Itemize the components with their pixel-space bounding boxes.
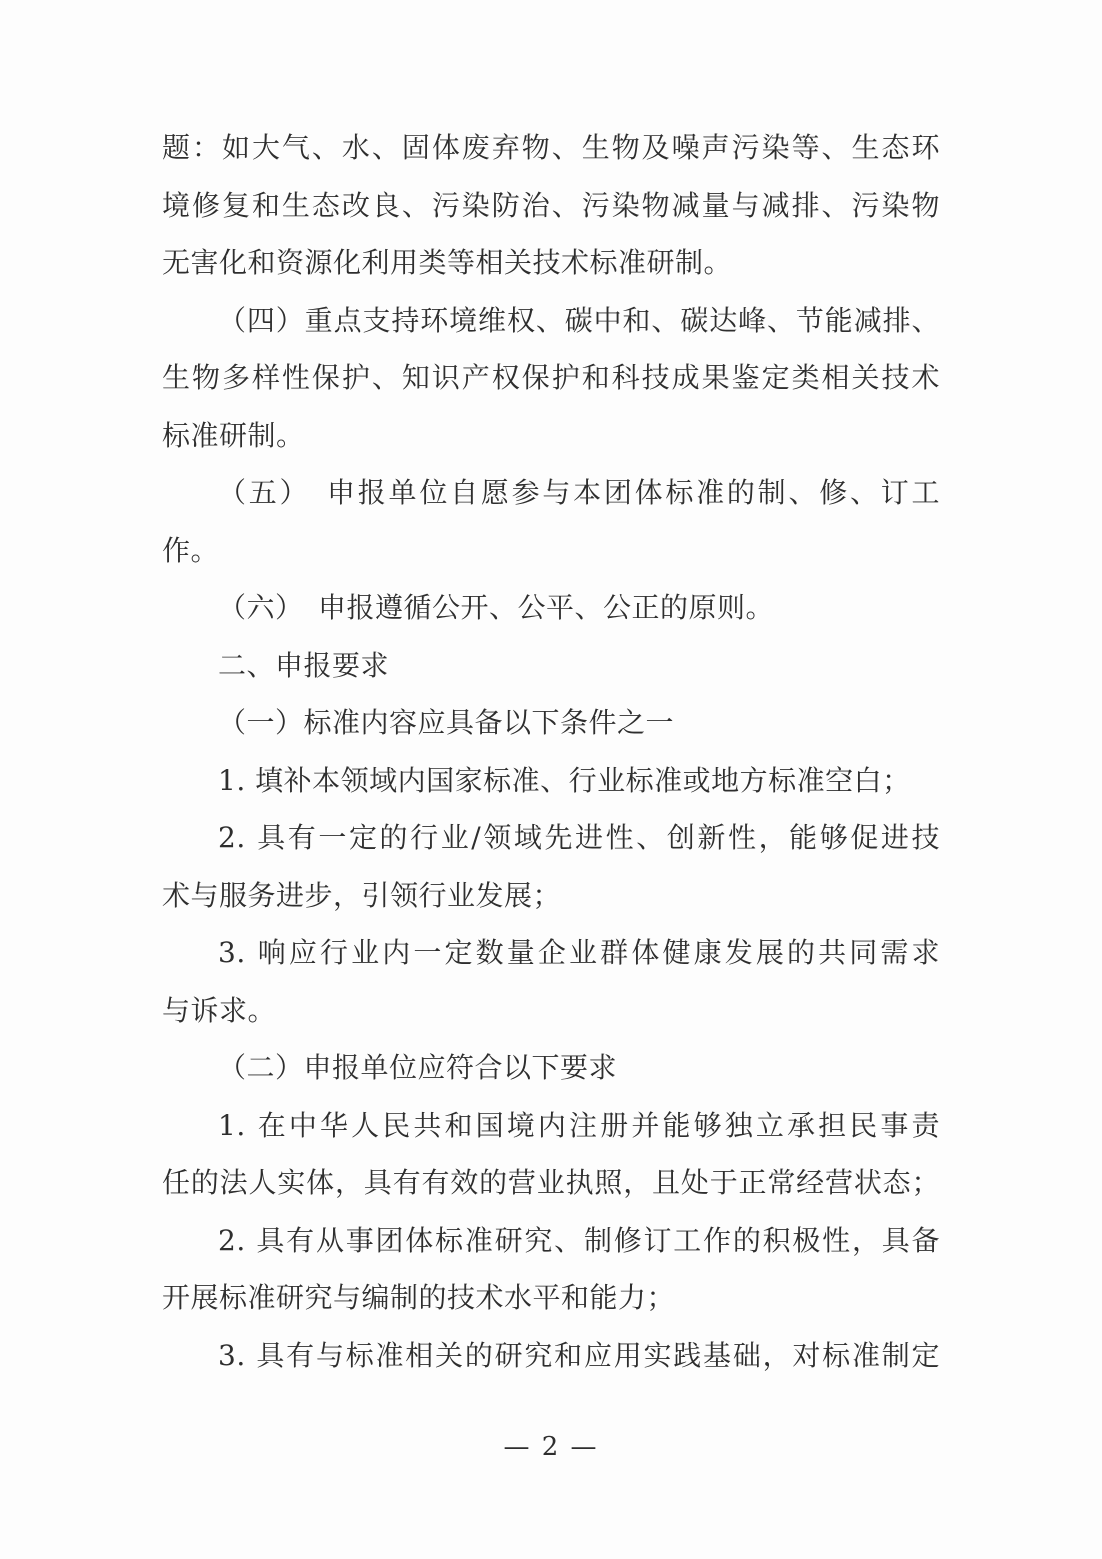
document-page: 题：如大气、水、固体废弃物、生物及噪声污染等、生态环 境修复和生态改良、污染防治… <box>0 0 1102 1559</box>
text-line: 3. 具有与标准相关的研究和应用实践基础，对标准制定 <box>162 1327 940 1385</box>
page-number: — 2 — <box>0 1432 1102 1462</box>
text-line: 境修复和生态改良、污染防治、污染物减量与减排、污染物 <box>162 177 940 235</box>
section-heading: 二、申报要求 <box>162 637 940 695</box>
paragraph: （一）标准内容应具备以下条件之一 <box>162 694 940 752</box>
text-line: 任的法人实体，具有有效的营业执照，且处于正常经营状态； <box>162 1154 940 1212</box>
paragraph: 1. 填补本领域内国家标准、行业标准或地方标准空白； <box>162 752 940 810</box>
text-line: 作。 <box>162 522 940 580</box>
paragraph: （五） 申报单位自愿参与本团体标准的制、修、订工 作。 <box>162 464 940 579</box>
text-line: 开展标准研究与编制的技术水平和能力； <box>162 1269 940 1327</box>
text-line: 标准研制。 <box>162 407 940 465</box>
paragraph: 3. 具有与标准相关的研究和应用实践基础，对标准制定 <box>162 1327 940 1385</box>
text-line: 术与服务进步，引领行业发展； <box>162 867 940 925</box>
subsection-heading: （一）标准内容应具备以下条件之一 <box>162 694 940 752</box>
paragraph: 2. 具有从事团体标准研究、制修订工作的积极性，具备 开展标准研究与编制的技术水… <box>162 1212 940 1327</box>
text-line: 2. 具有从事团体标准研究、制修订工作的积极性，具备 <box>162 1212 940 1270</box>
document-body: 题：如大气、水、固体废弃物、生物及噪声污染等、生态环 境修复和生态改良、污染防治… <box>162 119 940 1384</box>
paragraph: 题：如大气、水、固体废弃物、生物及噪声污染等、生态环 境修复和生态改良、污染防治… <box>162 119 940 292</box>
text-line: 1. 填补本领域内国家标准、行业标准或地方标准空白； <box>162 752 940 810</box>
text-line: 2. 具有一定的行业/领域先进性、创新性，能够促进技 <box>162 809 940 867</box>
paragraph: （二）申报单位应符合以下要求 <box>162 1039 940 1097</box>
text-line: 题：如大气、水、固体废弃物、生物及噪声污染等、生态环 <box>162 119 940 177</box>
paragraph: 1. 在中华人民共和国境内注册并能够独立承担民事责 任的法人实体，具有有效的营业… <box>162 1097 940 1212</box>
text-line: （四）重点支持环境维权、碳中和、碳达峰、节能减排、 <box>162 292 940 350</box>
text-line: （五） 申报单位自愿参与本团体标准的制、修、订工 <box>162 464 940 522</box>
text-line: （六） 申报遵循公开、公平、公正的原则。 <box>162 579 940 637</box>
paragraph: （六） 申报遵循公开、公平、公正的原则。 <box>162 579 940 637</box>
text-line: 3. 响应行业内一定数量企业群体健康发展的共同需求 <box>162 924 940 982</box>
text-line: 1. 在中华人民共和国境内注册并能够独立承担民事责 <box>162 1097 940 1155</box>
subsection-heading: （二）申报单位应符合以下要求 <box>162 1039 940 1097</box>
paragraph: （四）重点支持环境维权、碳中和、碳达峰、节能减排、 生物多样性保护、知识产权保护… <box>162 292 940 465</box>
paragraph: 2. 具有一定的行业/领域先进性、创新性，能够促进技 术与服务进步，引领行业发展… <box>162 809 940 924</box>
paragraph: 二、申报要求 <box>162 637 940 695</box>
text-line: 无害化和资源化利用类等相关技术标准研制。 <box>162 234 940 292</box>
paragraph: 3. 响应行业内一定数量企业群体健康发展的共同需求 与诉求。 <box>162 924 940 1039</box>
text-line: 与诉求。 <box>162 982 940 1040</box>
text-line: 生物多样性保护、知识产权保护和科技成果鉴定类相关技术 <box>162 349 940 407</box>
